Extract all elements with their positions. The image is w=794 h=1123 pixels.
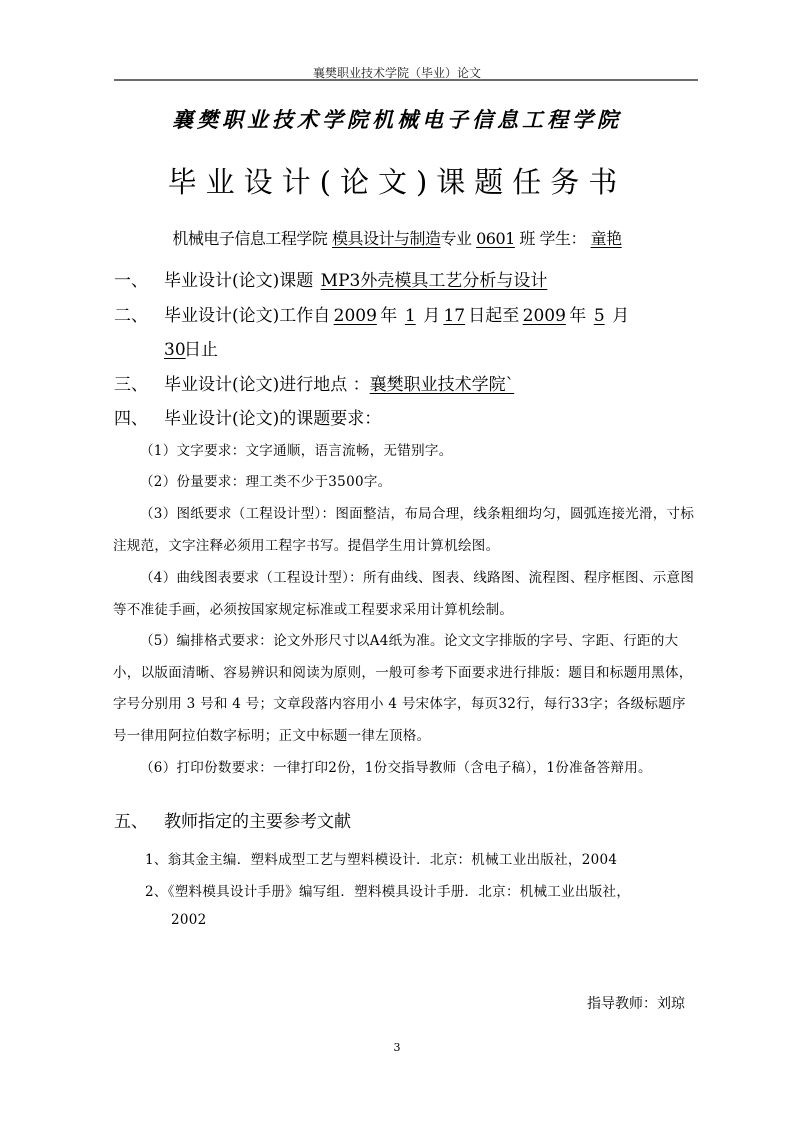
start-day: 17: [440, 306, 468, 326]
requirement-item: （6）打印份数要求：一律打印2份，1份交指导教师（含电子稿），1份准备答辩用。: [113, 753, 698, 785]
section-number: 五、: [114, 807, 164, 832]
end-day: 30: [164, 340, 184, 360]
month-label: 月: [423, 306, 440, 326]
student-name: 童艳: [591, 229, 622, 248]
section-references: 五、教师指定的主要参考文献: [114, 807, 351, 832]
class-suffix: 班 学生：: [519, 229, 586, 248]
document-title: 毕业设计(论文)课题任务书: [0, 160, 794, 201]
day-to-label: 日起至: [468, 306, 519, 326]
page-number: 3: [0, 1041, 794, 1054]
requirement-item: （4）曲线图表要求（工程设计型）：所有曲线、图表、线路图、流程图、程序框图、示意…: [113, 563, 698, 626]
start-year: 2009: [330, 306, 380, 326]
section-requirements: 四、毕业设计(论文)的课题要求：: [114, 404, 381, 429]
section-label: 毕业设计(论文)工作自: [164, 306, 330, 326]
month-label: 月: [612, 306, 629, 326]
major-suffix: 专业: [441, 229, 472, 248]
section-period: 二、毕业设计(论文)工作自2009年1月17日起至2009年5月: [114, 301, 629, 326]
reference-item: 1、翁其金主编．塑料成型工艺与塑料模设计．北京：机械工业出版社，2004: [145, 848, 617, 868]
start-month: 1: [397, 306, 423, 326]
header-rule: [114, 79, 698, 81]
major: 模具设计与制造: [332, 229, 441, 248]
school-title: 襄樊职业技术学院机械电子信息工程学院: [0, 104, 794, 134]
requirement-item: （5）编排格式要求：论文外形尺寸以A4纸为准。论文文字排版的字号、字距、行距的大…: [113, 626, 698, 752]
day-end-label: 日止: [184, 340, 218, 360]
section-period-cont: 30日止: [164, 335, 218, 360]
section-label: 毕业设计(论文)课题: [164, 271, 313, 291]
requirement-item: （3）图纸要求（工程设计型）：图面整洁，布局合理，线条粗细均匀，圆弧连接光滑，寸…: [113, 499, 698, 562]
reference-item-cont: 2002: [171, 912, 207, 928]
student-info-line: 机械电子信息工程学院 模具设计与制造专业 0601 班 学生： 童艳: [0, 226, 794, 249]
section-label: 毕业设计(论文)的课题要求：: [164, 409, 381, 429]
advisor-signature: 指导教师：刘琼: [587, 993, 685, 1013]
section-location: 三、毕业设计(论文)进行地点 ：襄樊职业技术学院`: [114, 370, 514, 395]
end-month: 5: [586, 306, 612, 326]
requirement-item: （1）文字要求：文字通顺，语言流畅，无错别字。: [113, 436, 698, 468]
section-label: 毕业设计(论文)进行地点 ：: [164, 375, 370, 395]
section-number: 四、: [114, 404, 164, 429]
section-number: 一、: [114, 266, 164, 291]
section-number: 三、: [114, 370, 164, 395]
end-year: 2009: [519, 306, 569, 326]
location-value: 襄樊职业技术学院`: [370, 375, 515, 395]
section-label: 教师指定的主要参考文献: [164, 812, 351, 832]
year-label: 年: [380, 306, 397, 326]
topic-value: MP3外壳模具工艺分析与设计: [319, 271, 550, 291]
requirement-item: （2）份量要求：理工类不少于3500字。: [113, 467, 698, 499]
department: 机械电子信息工程学院: [172, 229, 327, 248]
section-topic: 一、毕业设计(论文)课题 MP3外壳模具工艺分析与设计: [114, 266, 549, 291]
reference-item: 2、《塑料模具设计手册》编写组．塑料模具设计手册．北京：机械工业出版社，: [145, 880, 630, 900]
year-label: 年: [569, 306, 586, 326]
section-number: 二、: [114, 301, 164, 326]
class-number: 0601: [476, 229, 515, 248]
